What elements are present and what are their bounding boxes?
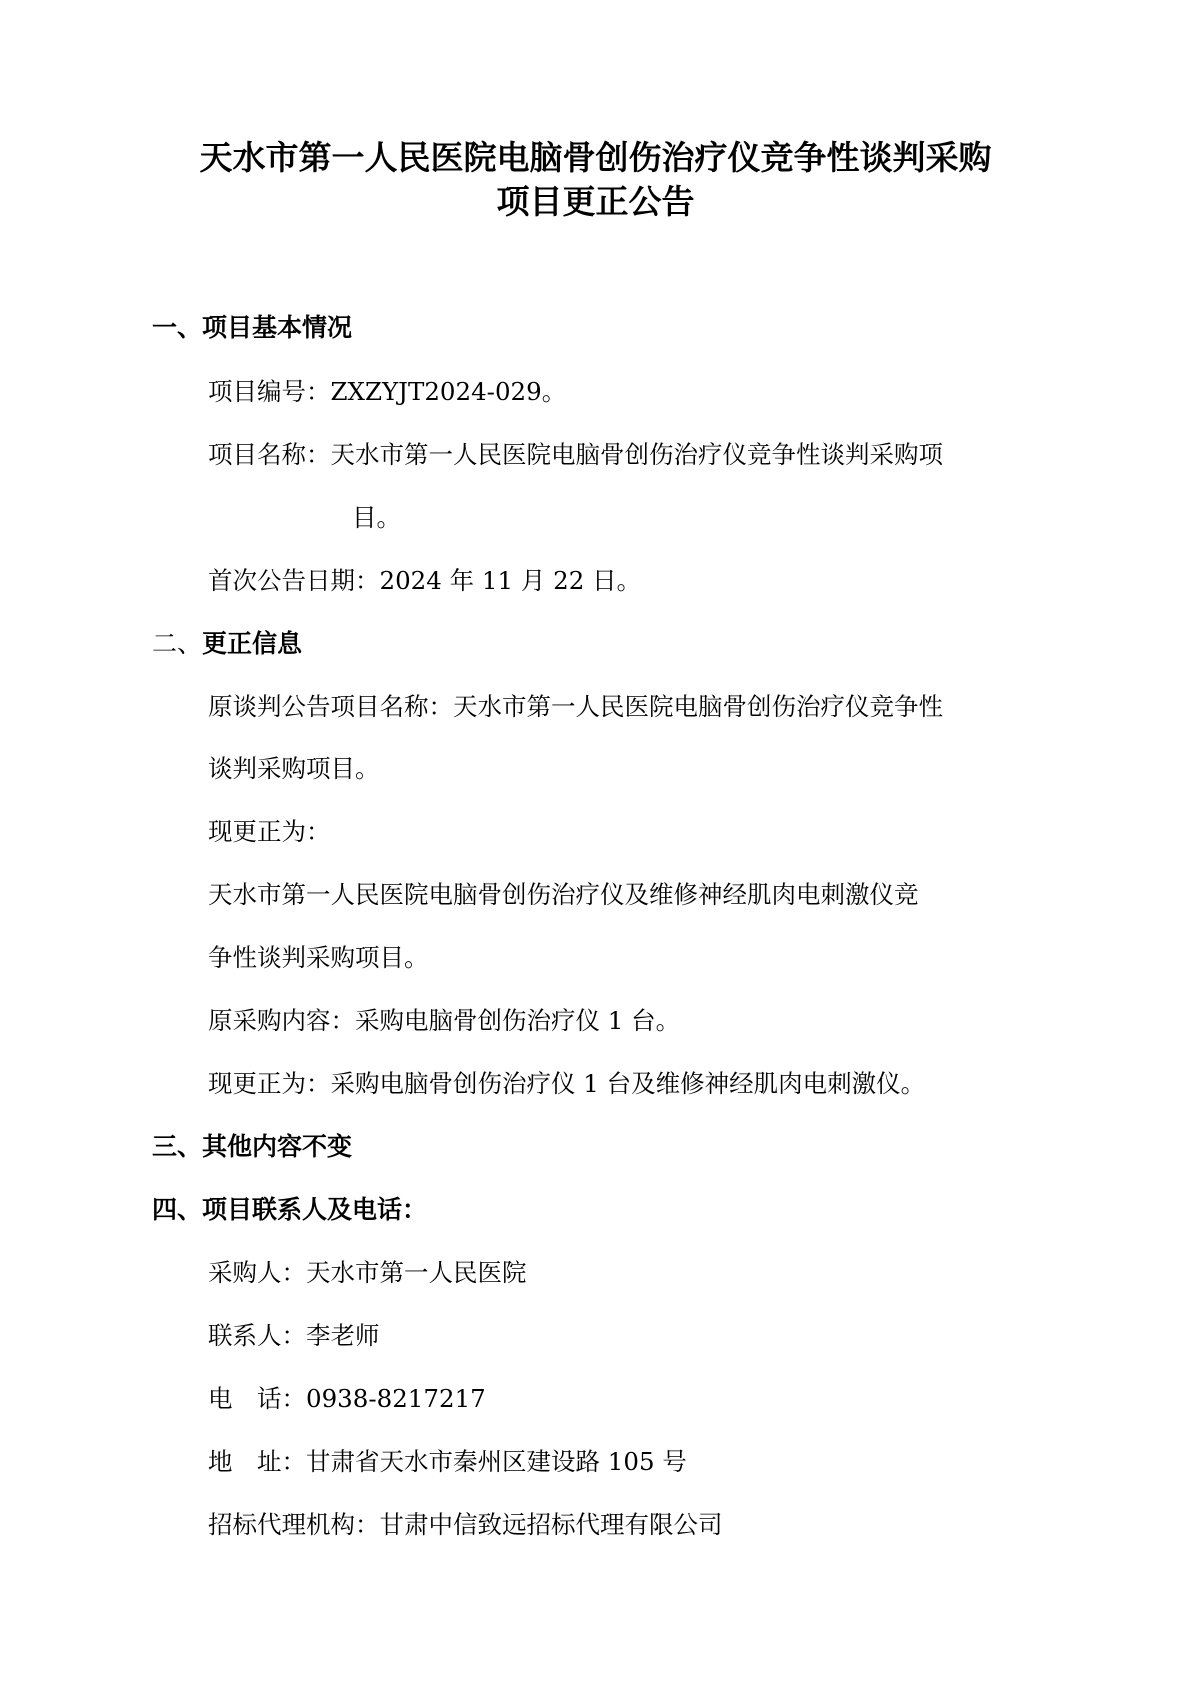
contact-person: 联系人：李老师 (208, 1320, 380, 1352)
project-number: 项目编号：ZXZYJT2024-029。 (208, 376, 566, 408)
bidding-agency: 招标代理机构：甘肃中信致远招标代理有限公司 (208, 1509, 723, 1541)
project-name-continued: 目。 (352, 502, 401, 534)
original-project-name: 原谈判公告项目名称：天水市第一人民医院电脑骨创伤治疗仪竞争性 (208, 691, 943, 723)
corrected-to-label: 现更正为： (208, 816, 331, 848)
section-2-heading: 二、更正信息 (152, 628, 302, 660)
section-title: 其他内容不变 (202, 1132, 352, 1161)
corrected-procurement-content: 现更正为：采购电脑骨创伤治疗仪 1 台及维修神经肌肉电刺激仪。 (208, 1068, 925, 1100)
document-title-line-1: 天水市第一人民医院电脑骨创伤治疗仪竞争性谈判采购 (0, 137, 1191, 179)
project-name: 项目名称：天水市第一人民医院电脑骨创伤治疗仪竞争性谈判采购项 (208, 439, 943, 471)
section-3-heading: 三、其他内容不变 (152, 1131, 352, 1163)
document-title-line-2: 项目更正公告 (0, 181, 1191, 223)
corrected-project-name: 天水市第一人民医院电脑骨创伤治疗仪及维修神经肌肉电刺激仪竞 (208, 879, 919, 911)
original-project-name-continued: 谈判采购项目。 (208, 753, 380, 785)
section-title: 项目基本情况 (202, 313, 352, 342)
purchaser: 采购人：天水市第一人民医院 (208, 1257, 527, 1289)
document-page: 天水市第一人民医院电脑骨创伤治疗仪竞争性谈判采购 项目更正公告 一、项目基本情况… (0, 0, 1191, 1684)
section-number: 一、 (152, 313, 202, 342)
section-title: 项目联系人及电话： (202, 1195, 427, 1224)
section-number: 四、 (152, 1195, 202, 1224)
phone: 电 话：0938-8217217 (208, 1383, 486, 1415)
section-number: 二、 (152, 629, 202, 658)
original-procurement-content: 原采购内容：采购电脑骨创伤治疗仪 1 台。 (208, 1005, 680, 1037)
section-title: 更正信息 (202, 629, 302, 658)
corrected-project-name-continued: 争性谈判采购项目。 (208, 942, 429, 974)
address: 地 址：甘肃省天水市秦州区建设路 105 号 (208, 1446, 687, 1478)
section-number: 三、 (152, 1132, 202, 1161)
section-1-heading: 一、项目基本情况 (152, 312, 352, 344)
first-announcement-date: 首次公告日期：2024 年 11 月 22 日。 (208, 565, 641, 597)
section-4-heading: 四、项目联系人及电话： (152, 1194, 427, 1226)
